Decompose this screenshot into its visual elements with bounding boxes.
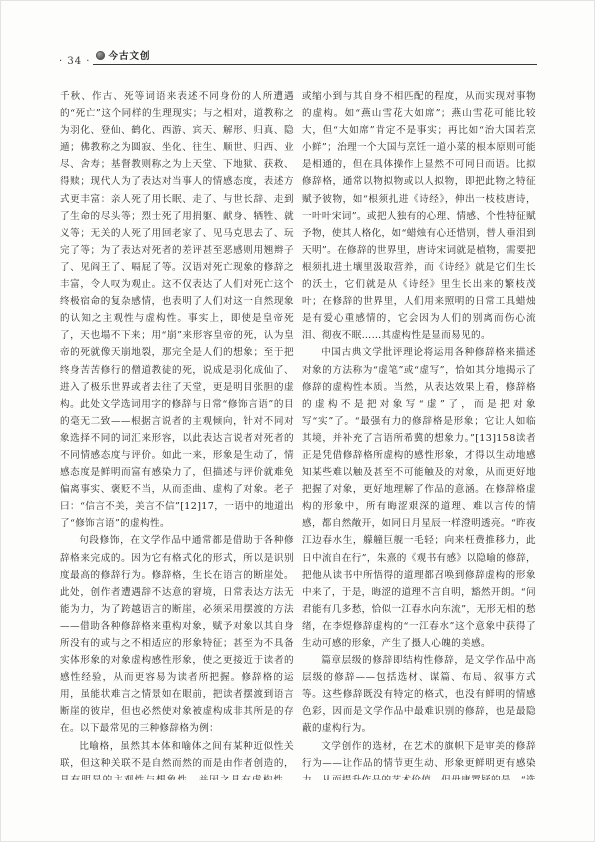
paragraph-continuation: 千秋、作古、死等词语来表述不同身份的人所遭遇的“死亡”这个同样的生理现实；与之相… [60,88,294,532]
paragraph: 篇章层级的修辞即结构性修辞，是文学作品中高层级的修辞——包括选材、谋篇、布局、叙… [302,652,536,737]
text-column-left: 千秋、作古、死等词语来表述不同身份的人所遭遇的“死亡”这个同样的生理现实；与之相… [60,88,294,780]
page-number: · 34 · [59,56,93,68]
paragraph: 比喻格，虽然其本体和喻体之间有某种近似性关联，但这种关联不是自然而然的而是由作者… [60,738,294,780]
article-body: 千秋、作古、死等词语来表述不同身份的人所遭遇的“死亡”这个同样的生理现实；与之相… [60,88,536,780]
journal-logo-icon [96,51,105,60]
journal-page: · 34 · 今古文创 千秋、作古、死等词语来表述不同身份的人所遭遇的“死亡”这… [0,0,595,842]
journal-brand: 今古文创 [96,48,150,62]
text-column-right: 或缩小到与其自身不相匹配的程度，从而实现对事物的虚构。如“燕山雪花大如席”；燕山… [302,88,536,780]
paragraph-continuation: 或缩小到与其自身不相匹配的程度，从而实现对事物的虚构。如“燕山雪花大如席”；燕山… [302,88,536,344]
paragraph: 文学创作的选材，在艺术的旗帜下是审美的修辞行为——让作品的情节更生动、形象更鲜明… [302,738,536,780]
paragraph: 中国古典文学批评理论将运用各种修辞格来描述对象的方法称为“虚笔”或“虚写”，恰如… [302,344,536,652]
page-header: · 34 · 今古文创 [59,47,537,65]
paragraph: 句段修饰，在文学作品中通常都是借助于各种修辞格来完成的。因为它有格式化的形式，所… [60,532,294,737]
journal-name: 今古文创 [108,48,150,62]
header-rule: 今古文创 [93,46,537,65]
